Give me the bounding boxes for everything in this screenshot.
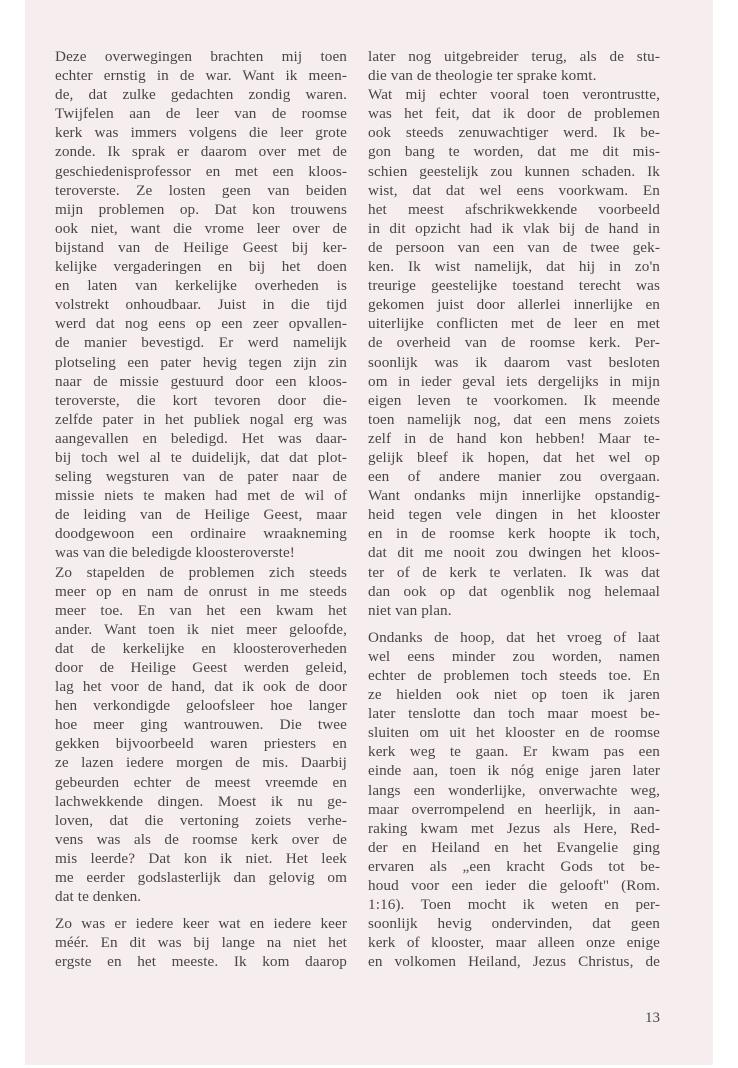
text-line: dat te denken.	[55, 887, 347, 906]
text-line: dan ook op dat ogenblik nog helemaal	[368, 582, 660, 601]
paragraph: Zo was er iedere keer wat en iedere keer…	[55, 914, 347, 971]
text-line: vens was als de roomse kerk over de	[55, 830, 347, 849]
text-line: en in de roomse kerk hoopte ik toch,	[368, 524, 660, 543]
text-line: bij toch wel al te duidelijk, dat dat pl…	[55, 448, 347, 467]
text-line: naar de missie gestuurd door een kloos-	[55, 372, 347, 391]
text-line: door de Heilige Geest werden geleid,	[55, 658, 347, 677]
text-line: de manier bevestigd. Er werd namelijk	[55, 333, 347, 352]
paragraph: Ondanks de hoop, dat het vroeg of laatwe…	[368, 628, 660, 972]
text-line: zonde. Ik sprak er daarom over met de	[55, 142, 347, 161]
text-line: was van die beledigde kloosteroverste!	[55, 543, 347, 562]
text-line: en laten van kerkelijke overheden is	[55, 276, 347, 295]
text-line: de leiding van de Heilige Geest, maar	[55, 505, 347, 524]
text-line: volstrekt onhoudbaar. Juist in die tijd	[55, 295, 347, 314]
text-line: gon bang te worden, dat me dit mis-	[368, 142, 660, 161]
text-line: einde aan, toen ik nóg enige jaren later	[368, 761, 660, 780]
text-line: gekken bijvoorbeeld waren priesters en	[55, 734, 347, 753]
text-line: schien geestelijk zou kunnen schaden. Ik	[368, 162, 660, 181]
text-line: uiterlijke conflicten met de leer en met	[368, 314, 660, 333]
text-line: ergste en het meeste. Ik kom daarop	[55, 952, 347, 971]
text-line: me eerder godslasterlijk dan gelovig om	[55, 868, 347, 887]
text-line: echter ernstig in de war. Want ik meen-	[55, 66, 347, 85]
text-line: houd voor een ieder die gelooft'' (Rom.	[368, 876, 660, 895]
text-line: meer op en nam de onrust in me steeds	[55, 582, 347, 601]
text-line: zelfde pater in het publiek nogal erg wa…	[55, 410, 347, 429]
text-line: ze hielden ook niet op toen ik jaren	[368, 685, 660, 704]
text-line: ken. Ik wist namelijk, dat hij in zo'n	[368, 257, 660, 276]
text-line: seling wegsturen van de pater naar de	[55, 467, 347, 486]
text-line: ook steeds zenuwachtiger werd. Ik be-	[368, 123, 660, 142]
text-line: plotseling een pater hevig tegen zijn zi…	[55, 353, 347, 372]
text-line: treurige geestelijke toestand terecht wa…	[368, 276, 660, 295]
text-line: de overheid van de roomse kerk. Per-	[368, 333, 660, 352]
book-page: Deze overwegingen brachten mij toenechte…	[25, 0, 713, 1065]
text-line: wist, dat dat wel eens voorkwam. En	[368, 181, 660, 200]
text-line: niet van plan.	[368, 601, 660, 620]
text-line: soonlijk hevig ondervinden, dat geen	[368, 914, 660, 933]
text-line: meer toe. En van het een kwam het	[55, 601, 347, 620]
text-line: méér. En dit was bij lange na niet het	[55, 933, 347, 952]
text-line: hoe meer ging wantrouwen. Die twee	[55, 715, 347, 734]
text-line: eigen leven te voorkomen. Ik meende	[368, 391, 660, 410]
text-line: maar overrompelend en heerlijk, in aan-	[368, 800, 660, 819]
paragraph-gap	[368, 620, 660, 628]
text-line: de, dat zulke gedachten zondig waren.	[55, 85, 347, 104]
text-line: lachwekkende dingen. Moest ik nu ge-	[55, 792, 347, 811]
text-line: ze lazen iedere morgen de mis. Daarbij	[55, 753, 347, 772]
text-line: mijn problemen op. Dat kon trouwens	[55, 200, 347, 219]
text-line: gekomen juist door allerlei innerlijke e…	[368, 295, 660, 314]
text-line: dat de kerkelijke en kloosteroverheden	[55, 639, 347, 658]
text-line: teroverste, die kort tevoren door die-	[55, 391, 347, 410]
paragraph-gap	[55, 906, 347, 914]
text-line: ter of de kerk te verlaten. Ik was dat	[368, 563, 660, 582]
text-line: langs een wonderlijke, onverwachte weg,	[368, 781, 660, 800]
text-line: Wat mij echter vooral toen verontrustte,	[368, 85, 660, 104]
paragraph: Zo stapelden de problemen zich steedsmee…	[55, 563, 347, 907]
text-line: Want ondanks mijn innerlijke opstandig-	[368, 486, 660, 505]
text-line: 1:16). Toen mocht ik weten en per-	[368, 895, 660, 914]
text-line: loven, dat die vertoning zoiets verhe-	[55, 811, 347, 830]
text-line: was het feit, dat ik door de problemen	[368, 104, 660, 123]
text-line: toen namelijk nog, dat een mens zoiets	[368, 410, 660, 429]
paragraph: later nog uitgebreider terug, als de stu…	[368, 47, 660, 85]
text-line: een of andere manier zou overgaan.	[368, 467, 660, 486]
text-line: heid tegen vele dingen in het klooster	[368, 505, 660, 524]
paragraph: Wat mij echter vooral toen verontrustte,…	[368, 85, 660, 620]
text-line: lag het voor de hand, dat ik ook de door	[55, 677, 347, 696]
text-line: later tenslotte dan toch maar moest be-	[368, 704, 660, 723]
text-line: in dit opzicht had ik vlak bij de hand i…	[368, 219, 660, 238]
text-line: gelijk bleef ik hopen, dat het wel op	[368, 448, 660, 467]
text-line: mis leerde? Dat kon ik niet. Het leek	[55, 849, 347, 868]
text-line: doodgewoon een ordinaire wraakneming	[55, 524, 347, 543]
text-line: die van de theologie ter sprake komt.	[368, 66, 660, 85]
text-line: kelijke vergaderingen en bij het doen	[55, 257, 347, 276]
text-line: der en Heiland en het Evangelie ging	[368, 838, 660, 857]
text-line: raking kwam met Jezus als Here, Red-	[368, 819, 660, 838]
page-number: 13	[625, 1010, 660, 1027]
text-line: echter de problemen toch steeds toe. En	[368, 666, 660, 685]
text-line: werd dat nog eens op een zeer opvallen-	[55, 314, 347, 333]
text-line: aangevallen en beledigd. Het was daar-	[55, 429, 347, 448]
right-column: later nog uitgebreider terug, als de stu…	[368, 47, 660, 972]
text-line: ervaren als „een kracht Gods tot be-	[368, 857, 660, 876]
text-line: om in ieder geval iets dergelijks in mij…	[368, 372, 660, 391]
paragraph: Deze overwegingen brachten mij toenechte…	[55, 47, 347, 563]
text-line: missie niets te maken had met de wil of	[55, 486, 347, 505]
text-line: Zo stapelden de problemen zich steeds	[55, 563, 347, 582]
text-line: zelf in de hand kon hebben! Maar te-	[368, 429, 660, 448]
text-line: soonlijk was ik daarom vast besloten	[368, 353, 660, 372]
text-line: kerk weg te gaan. Er kwam pas een	[368, 742, 660, 761]
text-line: kerk was immers volgens die leer grote	[55, 123, 347, 142]
left-column: Deze overwegingen brachten mij toenechte…	[55, 47, 347, 972]
text-line: het meest afschrikwekkende voorbeeld	[368, 200, 660, 219]
text-line: gebeurden echter de meest vreemde en	[55, 773, 347, 792]
text-line: dat dit me nooit zou dwingen het kloos-	[368, 543, 660, 562]
text-line: en volkomen Heiland, Jezus Christus, de	[368, 952, 660, 971]
text-line: ook niet, want die vrome leer over de	[55, 219, 347, 238]
text-line: hen verkondigde geloofsleer hoe langer	[55, 696, 347, 715]
text-line: Twijfelen aan de leer van de roomse	[55, 104, 347, 123]
text-line: de persoon van een van de twee gek-	[368, 238, 660, 257]
text-line: Ondanks de hoop, dat het vroeg of laat	[368, 628, 660, 647]
text-line: ander. Want toen ik niet meer geloofde,	[55, 620, 347, 639]
text-line: sluiten om uit het klooster en de roomse	[368, 723, 660, 742]
text-line: geschiedenisprofessor en met een kloos-	[55, 162, 347, 181]
text-line: teroverste. Ze losten geen van beiden	[55, 181, 347, 200]
text-line: Zo was er iedere keer wat en iedere keer	[55, 914, 347, 933]
text-line: kerk of klooster, maar alleen onze enige	[368, 933, 660, 952]
text-line: Deze overwegingen brachten mij toen	[55, 47, 347, 66]
text-line: bijstand van de Heilige Geest bij ker-	[55, 238, 347, 257]
text-line: wel eens minder zou worden, namen	[368, 647, 660, 666]
text-line: later nog uitgebreider terug, als de stu…	[368, 47, 660, 66]
